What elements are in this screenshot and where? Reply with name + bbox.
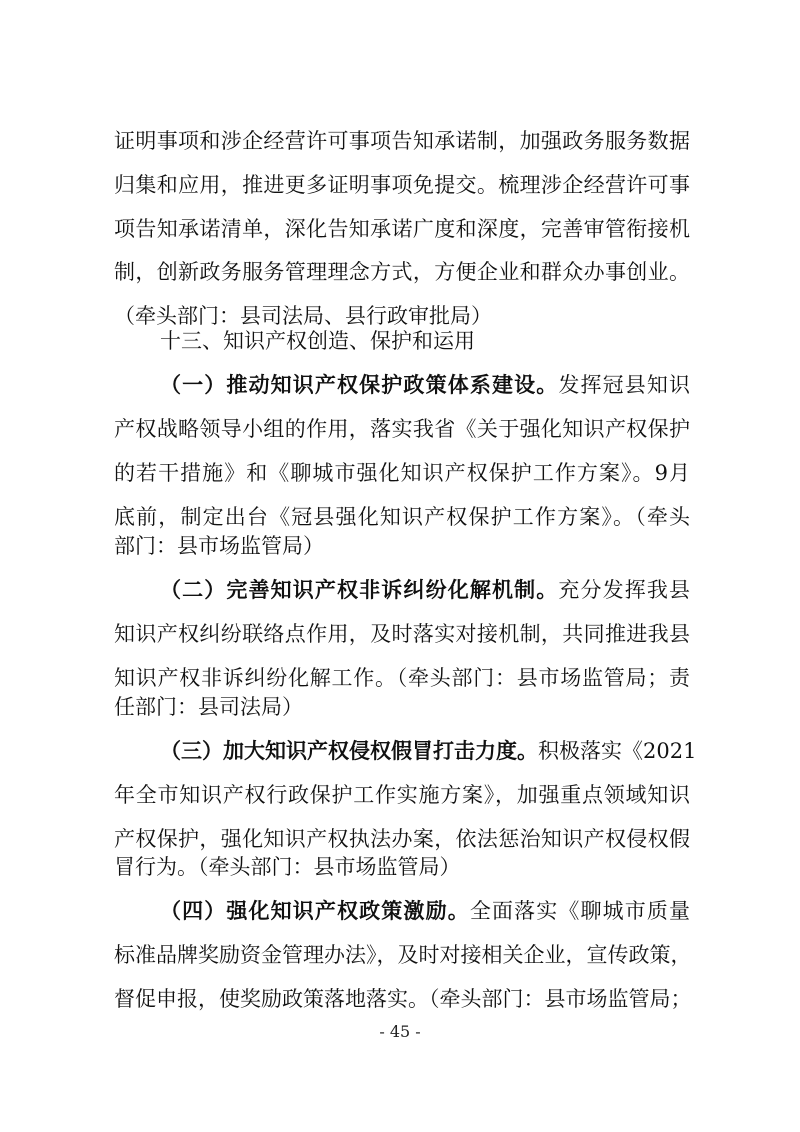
item-1-title: （一）推动知识产权保护政策体系建设。 xyxy=(160,372,558,397)
body-text-line: 产权战略领导小组的作用，落实我省《关于强化知识产权保护 xyxy=(114,414,690,444)
page-number: - 45 - xyxy=(0,1022,800,1041)
item-1-first-line: （一）推动知识产权保护政策体系建设。发挥冠县知识 xyxy=(160,370,690,400)
item-1-text: 发挥冠县知识 xyxy=(558,373,690,397)
item-2-text: 充分发挥我县 xyxy=(558,578,690,602)
body-text-line: 知识产权纠纷联络点作用，及时落实对接机制，共同推进我县 xyxy=(114,619,690,649)
document-page: 证明事项和涉企经营许可事项告知承诺制，加强政务服务数据 归集和应用，推进更多证明… xyxy=(0,0,800,1132)
item-3-title: （三）加大知识产权侵权假冒打击力度。 xyxy=(160,738,538,763)
item-4-text: 全面落实《聊城市质量 xyxy=(470,899,690,923)
body-text-line: 部门：县市场监管局） xyxy=(114,531,690,561)
body-text-line: 底前，制定出台《冠县强化知识产权保护工作方案》。（牵头 xyxy=(114,502,690,532)
body-text-line: 制，创新政务服务管理理念方式，方便企业和群众办事创业。 xyxy=(114,257,690,287)
body-text-line: 督促申报，使奖励政策落地落实。（牵头部门：县市场监管局； xyxy=(114,984,690,1014)
body-text-line: 年全市知识产权行政保护工作实施方案》，加强重点领域知识 xyxy=(114,780,690,810)
body-text-line: 标准品牌奖励资金管理办法》，及时对接相关企业，宣传政策， xyxy=(114,940,690,970)
body-text-line: 归集和应用，推进更多证明事项免提交。梳理涉企经营许可事 xyxy=(114,170,690,200)
item-4-title: （四）强化知识产权政策激励。 xyxy=(160,898,470,923)
body-text-line: 产权保护，强化知识产权执法办案，依法惩治知识产权侵权假 xyxy=(114,824,690,854)
body-text-line: 知识产权非诉纠纷化解工作。（牵头部门：县市场监管局；责 xyxy=(114,663,690,693)
item-3-text: 积极落实《2021 xyxy=(538,739,696,763)
body-text-line: 冒行为。（牵头部门：县市场监管局） xyxy=(114,852,690,882)
body-text-line: 任部门：县司法局） xyxy=(114,692,690,722)
section-heading: 十三、知识产权创造、保护和运用 xyxy=(160,326,690,356)
item-2-first-line: （二）完善知识产权非诉纠纷化解机制。充分发挥我县 xyxy=(160,575,690,605)
item-3-first-line: （三）加大知识产权侵权假冒打击力度。积极落实《2021 xyxy=(160,736,690,766)
body-text-line: 项告知承诺清单，深化告知承诺广度和深度，完善审管衔接机 xyxy=(114,214,690,244)
item-2-title: （二）完善知识产权非诉纠纷化解机制。 xyxy=(160,577,558,602)
item-4-first-line: （四）强化知识产权政策激励。全面落实《聊城市质量 xyxy=(160,896,690,926)
body-text-line: 的若干措施》和《聊城市强化知识产权保护工作方案》。9月 xyxy=(114,458,690,488)
body-text-line: 证明事项和涉企经营许可事项告知承诺制，加强政务服务数据 xyxy=(114,126,690,156)
